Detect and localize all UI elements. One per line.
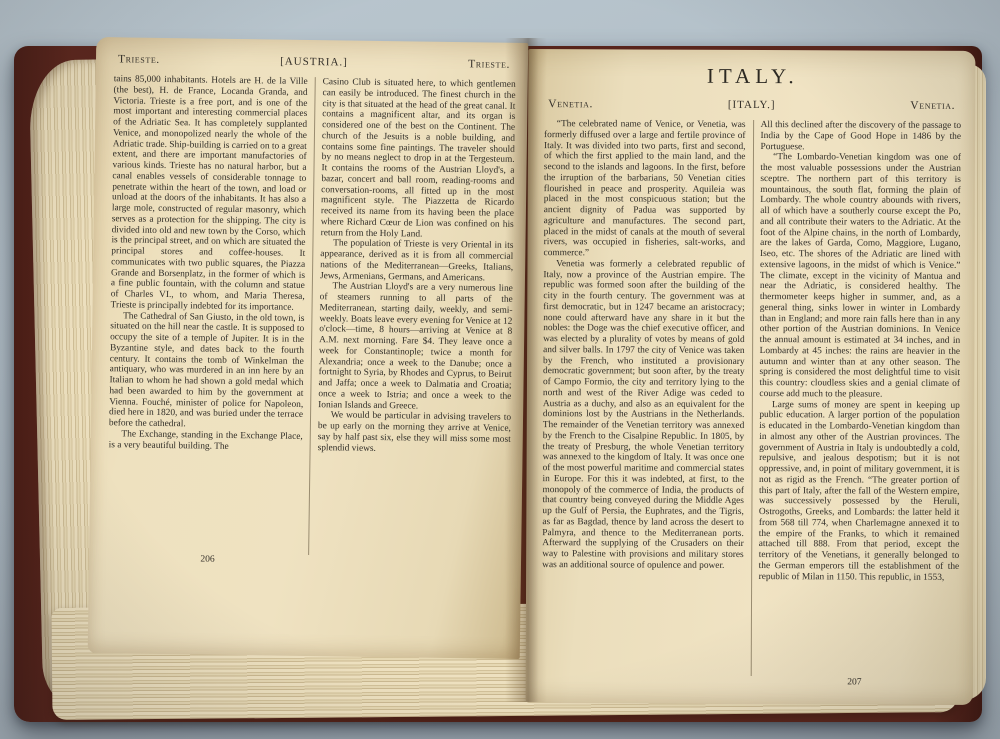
page-number: 206 [107, 553, 308, 566]
left-page: Trieste. [AUSTRIA.] Trieste. tains 85,00… [88, 37, 529, 659]
running-head-left: Trieste. [118, 53, 160, 66]
running-head-center: [AUSTRIA.] [280, 56, 348, 69]
book-photo: Trieste. [AUSTRIA.] Trieste. tains 85,00… [0, 0, 1000, 739]
paragraph: “The celebrated name of Venice, or Venet… [544, 119, 746, 260]
running-head-right-page: Venetia. [ITALY.] Venetia. [548, 98, 955, 112]
paragraph: The Austrian Lloyd's are a very numerous… [318, 281, 513, 413]
paragraph: Casino Club is situated here, to which g… [321, 77, 516, 241]
paragraph: All this declined after the discovery of… [760, 120, 961, 153]
paragraph: “The Lombardo-Venetian kingdom was one o… [759, 152, 961, 400]
running-head-left: Venetia. [548, 98, 593, 110]
paragraph: The Cathedral of San Giusto, in the old … [109, 311, 305, 432]
running-head-center: [ITALY.] [728, 99, 776, 111]
right-page-columns: “The celebrated name of Venice, or Venet… [542, 119, 961, 677]
paragraph: tains 85,000 inhabitants. Hotels are H. … [111, 74, 308, 313]
paragraph: The Exchange, standing in the Exchange P… [109, 429, 303, 453]
text-column: “The celebrated name of Venice, or Venet… [542, 119, 753, 676]
text-column: tains 85,000 inhabitants. Hotels are H. … [107, 74, 315, 555]
text-column: All this declined after the discovery of… [750, 120, 961, 677]
paragraph: Venetia was formerly a celebrated republ… [542, 259, 745, 572]
page-number: 207 [750, 677, 959, 688]
paragraph: We would be particular in advising trave… [318, 410, 512, 456]
chapter-title: ITALY. [544, 63, 961, 90]
running-head-right: Venetia. [910, 100, 955, 112]
paragraph: The population of Trieste is very Orient… [320, 238, 514, 284]
running-head-left-page: Trieste. [AUSTRIA.] Trieste. [118, 53, 510, 70]
text-column: Casino Club is situated here, to which g… [308, 77, 516, 558]
left-page-columns: tains 85,000 inhabitants. Hotels are H. … [107, 74, 516, 558]
paragraph: Large sums of money are spent in keeping… [759, 400, 960, 584]
right-page: ITALY. Venetia. [ITALY.] Venetia. “The c… [526, 49, 976, 705]
running-head-right: Trieste. [468, 58, 510, 71]
